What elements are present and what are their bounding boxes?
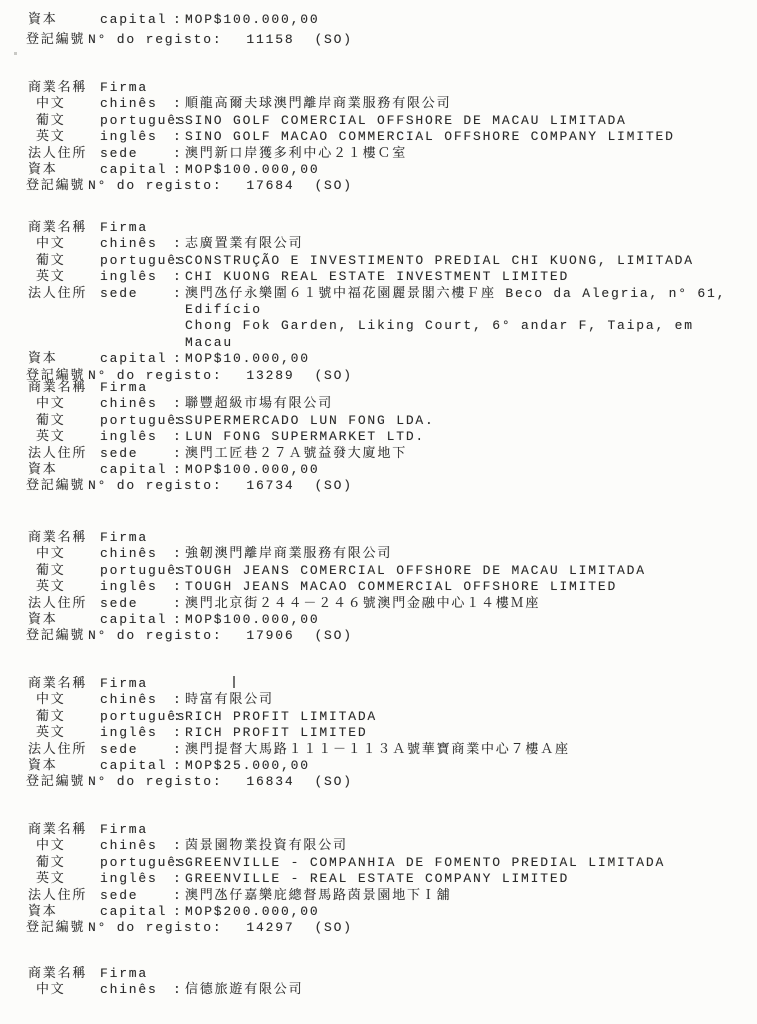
firma-row: 商業名稱 Firma	[0, 80, 757, 96]
business-name-label-zh: 商業名稱	[28, 676, 87, 692]
english-name-row: 英文 inglês : RICH PROFIT LIMITED	[0, 725, 757, 741]
colon-separator: :	[173, 413, 183, 429]
capital-label-pt: capital	[100, 162, 167, 178]
portuguese-label-zh: 葡文	[36, 709, 66, 725]
chinese-label-pt: chinês	[100, 546, 158, 562]
registry-number-row: 登記編號 N° do registo:17684(SO)	[0, 178, 757, 194]
registry-entry: 商業名稱 Firma 中文 chinês : 時富有限公司 葡文 portugu…	[0, 676, 757, 791]
english-name-value: LUN FONG SUPERMARKET LTD.	[185, 429, 751, 445]
registry-number-row: 登記編號 N° do registo:14297(SO)	[0, 920, 757, 936]
address-row: 法人住所 sede : 澳門氹仔嘉樂庇總督馬路茵景園地下Ｉ舖	[0, 888, 757, 904]
registry-document-page: 資本 capital : MOP$100.000,00 登記編號 N° do r…	[0, 0, 757, 1024]
capital-label-pt: capital	[100, 904, 167, 920]
chinese-label-zh: 中文	[36, 96, 66, 112]
chinese-name-value: 茵景園物業投資有限公司	[185, 838, 751, 854]
capital-value: MOP$100.000,00	[185, 462, 751, 478]
business-name-label-zh: 商業名稱	[28, 380, 87, 396]
english-label-zh: 英文	[36, 269, 66, 285]
portuguese-name-row: 葡文 português : CONSTRUÇÃO E INVESTIMENTO…	[0, 253, 757, 269]
colon-separator: :	[173, 725, 183, 741]
colon-separator: :	[173, 429, 183, 445]
registry-number: 11158	[246, 32, 294, 47]
address-row: 法人住所 sede : 澳門提督大馬路１１１－１１３Ａ號華寶商業中心７樓Ａ座	[0, 742, 757, 758]
colon-separator: :	[173, 563, 183, 579]
english-name-row: 英文 inglês : CHI KUONG REAL ESTATE INVEST…	[0, 269, 757, 285]
address-value: 澳門北京街２４４－２４６號澳門金融中心１４樓Ｍ座	[185, 596, 751, 612]
chinese-label-pt: chinês	[100, 236, 158, 252]
english-label-zh: 英文	[36, 129, 66, 145]
capital-label-zh: 資本	[28, 162, 58, 178]
registry-entry: 商業名稱 Firma 中文 chinês : 聯豐超級市場有限公司 葡文 por…	[0, 380, 757, 495]
colon-separator: :	[173, 871, 183, 887]
chinese-label-pt: chinês	[100, 692, 158, 708]
business-name-label-pt: Firma	[100, 966, 148, 982]
registry-number: 17906	[246, 628, 294, 643]
colon-separator: :	[173, 113, 183, 129]
registry-number-row: 登記編號 N° do registo:17906(SO)	[0, 628, 757, 644]
registry-number-line: N° do registo:14297(SO)	[88, 920, 757, 936]
chinese-name-row: 中文 chinês : 志廣置業有限公司	[0, 236, 757, 252]
address-label-zh: 法人住所	[28, 596, 87, 612]
business-name-label-zh: 商業名稱	[28, 966, 87, 982]
registry-number-line: N° do registo:17684(SO)	[88, 178, 757, 194]
colon-separator: :	[173, 888, 183, 904]
registry-number: 17684	[246, 178, 294, 193]
english-label-pt: inglês	[100, 129, 158, 145]
address-label-zh: 法人住所	[28, 146, 87, 162]
address-value: 澳門氹仔嘉樂庇總督馬路茵景園地下Ｉ舖	[185, 888, 751, 904]
colon-separator: :	[173, 709, 183, 725]
registry-suffix: (SO)	[314, 920, 352, 935]
portuguese-name-value: GREENVILLE - COMPANHIA DE FOMENTO PREDIA…	[185, 855, 751, 871]
business-name-label-zh: 商業名稱	[28, 530, 87, 546]
registry-number: 14297	[246, 920, 294, 935]
business-name-label-pt: Firma	[100, 80, 148, 96]
chinese-label-pt: chinês	[100, 396, 158, 412]
portuguese-name-row: 葡文 português : SINO GOLF COMERCIAL OFFSH…	[0, 113, 757, 129]
registry-label-zh: 登記編號	[26, 30, 85, 50]
capital-value: MOP$25.000,00	[185, 758, 751, 774]
portuguese-name-value: SINO GOLF COMERCIAL OFFSHORE DE MACAU LI…	[185, 113, 751, 129]
english-name-value: SINO GOLF MACAO COMMERCIAL OFFSHORE COMP…	[185, 129, 751, 145]
colon-separator: :	[173, 146, 183, 162]
portuguese-name-row: 葡文 português : RICH PROFIT LIMITADA	[0, 709, 757, 725]
capital-row: 資本 capital : MOP$25.000,00	[0, 758, 757, 774]
capital-value: MOP$200.000,00	[185, 904, 751, 920]
chinese-label-pt: chinês	[100, 982, 158, 998]
registry-label-zh: 登記編號	[26, 920, 85, 936]
address-row: 法人住所 sede : 澳門工匠巷２７Ａ號益發大廈地下	[0, 446, 757, 462]
capital-label-pt: capital	[100, 10, 167, 30]
colon-separator: :	[173, 758, 183, 774]
colon-separator: :	[173, 904, 183, 920]
chinese-label-zh: 中文	[36, 838, 66, 854]
registry-number: 16734	[246, 478, 294, 493]
english-name-row: 英文 inglês : GREENVILLE - REAL ESTATE COM…	[0, 871, 757, 887]
english-name-value: RICH PROFIT LIMITED	[185, 725, 751, 741]
chinese-name-value: 順龍高爾夫球澳門離岸商業服務有限公司	[185, 96, 751, 112]
portuguese-label-zh: 葡文	[36, 855, 66, 871]
registry-number-row: 登記編號 N° do registo:16734(SO)	[0, 478, 757, 494]
chinese-name-row: 中文 chinês : 順龍高爾夫球澳門離岸商業服務有限公司	[0, 96, 757, 112]
address-label-zh: 法人住所	[28, 286, 87, 302]
colon-separator: :	[173, 692, 183, 708]
english-name-row: 英文 inglês : LUN FONG SUPERMARKET LTD.	[0, 429, 757, 445]
capital-row: 資本 capital : MOP$100.000,00	[0, 10, 757, 30]
registry-number-line: N° do registo:16834(SO)	[88, 774, 757, 790]
chinese-name-row: 中文 chinês : 強韌澳門離岸商業服務有限公司	[0, 546, 757, 562]
capital-row: 資本 capital : MOP$100.000,00	[0, 612, 757, 628]
colon-separator: :	[173, 446, 183, 462]
registry-number-line: N° do registo:16734(SO)	[88, 478, 757, 494]
scan-artifact-mark	[233, 676, 235, 688]
colon-separator: :	[173, 546, 183, 562]
firma-row: 商業名稱 Firma	[0, 676, 757, 692]
address-label-pt: sede	[100, 888, 138, 904]
portuguese-name-value: TOUGH JEANS COMERCIAL OFFSHORE DE MACAU …	[185, 563, 751, 579]
business-name-label-pt: Firma	[100, 676, 148, 692]
chinese-name-row: 中文 chinês : 聯豐超級市場有限公司	[0, 396, 757, 412]
colon-separator: :	[173, 596, 183, 612]
registry-number: 16834	[246, 774, 294, 789]
chinese-label-pt: chinês	[100, 96, 158, 112]
capital-row: 資本 capital : MOP$100.000,00	[0, 162, 757, 178]
portuguese-name-row: 葡文 português : TOUGH JEANS COMERCIAL OFF…	[0, 563, 757, 579]
english-name-value: GREENVILLE - REAL ESTATE COMPANY LIMITED	[185, 871, 751, 887]
english-name-value: TOUGH JEANS MACAO COMMERCIAL OFFSHORE LI…	[185, 579, 751, 595]
english-label-pt: inglês	[100, 871, 158, 887]
english-label-zh: 英文	[36, 725, 66, 741]
firma-row: 商業名稱 Firma	[0, 380, 757, 396]
portuguese-name-value: CONSTRUÇÃO E INVESTIMENTO PREDIAL CHI KU…	[185, 253, 751, 269]
registry-label-zh: 登記編號	[26, 774, 85, 790]
address-label-pt: sede	[100, 146, 138, 162]
capital-label-zh: 資本	[28, 612, 58, 628]
registry-number-line: N° do registo:17906(SO)	[88, 628, 757, 644]
scan-speck	[14, 52, 17, 55]
business-name-label-zh: 商業名稱	[28, 822, 87, 838]
address-label-pt: sede	[100, 446, 138, 462]
registry-entry: 商業名稱 Firma 中文 chinês : 志廣置業有限公司 葡文 portu…	[0, 220, 757, 384]
chinese-name-row: 中文 chinês : 信德旅遊有限公司	[0, 982, 757, 998]
capital-value: MOP$10.000,00	[185, 351, 751, 367]
colon-separator: :	[173, 742, 183, 758]
registry-entry: 商業名稱 Firma 中文 chinês : 茵景園物業投資有限公司 葡文 po…	[0, 822, 757, 937]
capital-row: 資本 capital : MOP$10.000,00	[0, 351, 757, 367]
firma-row: 商業名稱 Firma	[0, 822, 757, 838]
chinese-label-zh: 中文	[36, 692, 66, 708]
colon-separator: :	[173, 612, 183, 628]
english-name-row: 英文 inglês : SINO GOLF MACAO COMMERCIAL O…	[0, 129, 757, 145]
english-label-pt: inglês	[100, 429, 158, 445]
portuguese-label-zh: 葡文	[36, 413, 66, 429]
english-label-pt: inglês	[100, 725, 158, 741]
address-label-zh: 法人住所	[28, 742, 87, 758]
chinese-label-pt: chinês	[100, 838, 158, 854]
registry-label-pt: N° do registo:	[88, 178, 222, 193]
capital-row: 資本 capital : MOP$100.000,00	[0, 462, 757, 478]
capital-label-pt: capital	[100, 612, 167, 628]
colon-separator: :	[173, 982, 183, 998]
portuguese-name-row: 葡文 português : SUPERMERCADO LUN FONG LDA…	[0, 413, 757, 429]
chinese-name-row: 中文 chinês : 茵景園物業投資有限公司	[0, 838, 757, 854]
capital-label-pt: capital	[100, 462, 167, 478]
colon-separator: :	[173, 462, 183, 478]
chinese-name-value: 強韌澳門離岸商業服務有限公司	[185, 546, 751, 562]
address-row: 法人住所 sede : 澳門北京街２４４－２４６號澳門金融中心１４樓Ｍ座	[0, 596, 757, 612]
portuguese-name-value: SUPERMERCADO LUN FONG LDA.	[185, 413, 751, 429]
english-label-zh: 英文	[36, 579, 66, 595]
address-label-pt: sede	[100, 596, 138, 612]
capital-label-pt: capital	[100, 758, 167, 774]
registry-suffix: (SO)	[314, 32, 352, 47]
colon-separator: :	[173, 351, 183, 367]
chinese-label-zh: 中文	[36, 236, 66, 252]
address-row: 法人住所 sede : 澳門氹仔永樂圍６１號中福花園麗景閣六樓Ｆ座 Beco d…	[0, 286, 757, 352]
chinese-name-value: 時富有限公司	[185, 692, 751, 708]
chinese-label-zh: 中文	[36, 546, 66, 562]
registry-number-line: N° do registo:11158(SO)	[88, 30, 757, 50]
portuguese-label-zh: 葡文	[36, 113, 66, 129]
address-value: 澳門新口岸獲多利中心２１樓Ｃ室	[185, 146, 751, 162]
colon-separator: :	[173, 96, 183, 112]
address-label-zh: 法人住所	[28, 888, 87, 904]
registry-entry-partial-top: 資本 capital : MOP$100.000,00 登記編號 N° do r…	[0, 10, 757, 49]
address-row: 法人住所 sede : 澳門新口岸獲多利中心２１樓Ｃ室	[0, 146, 757, 162]
registry-label-pt: N° do registo:	[88, 32, 222, 47]
registry-label-pt: N° do registo:	[88, 774, 222, 789]
portuguese-label-zh: 葡文	[36, 253, 66, 269]
registry-label-pt: N° do registo:	[88, 920, 222, 935]
capital-value: MOP$100.000,00	[185, 612, 751, 628]
business-name-label-pt: Firma	[100, 822, 148, 838]
capital-value: MOP$100.000,00	[185, 10, 751, 30]
chinese-name-value: 聯豐超級市場有限公司	[185, 396, 751, 412]
registry-label-pt: N° do registo:	[88, 478, 222, 493]
english-name-value: CHI KUONG REAL ESTATE INVESTMENT LIMITED	[185, 269, 751, 285]
portuguese-name-row: 葡文 português : GREENVILLE - COMPANHIA DE…	[0, 855, 757, 871]
colon-separator: :	[173, 129, 183, 145]
registry-entry: 商業名稱 Firma 中文 chinês : 強韌澳門離岸商業服務有限公司 葡文…	[0, 530, 757, 645]
address-value: 澳門工匠巷２７Ａ號益發大廈地下	[185, 446, 751, 462]
english-label-pt: inglês	[100, 579, 158, 595]
firma-row: 商業名稱 Firma	[0, 966, 757, 982]
portuguese-name-value: RICH PROFIT LIMITADA	[185, 709, 751, 725]
business-name-label-pt: Firma	[100, 530, 148, 546]
address-label-pt: sede	[100, 286, 138, 302]
firma-row: 商業名稱 Firma	[0, 530, 757, 546]
capital-label-zh: 資本	[28, 904, 58, 920]
chinese-label-zh: 中文	[36, 982, 66, 998]
registry-suffix: (SO)	[314, 478, 352, 493]
registry-suffix: (SO)	[314, 178, 352, 193]
registry-number-row: 登記編號 N° do registo:16834(SO)	[0, 774, 757, 790]
business-name-label-zh: 商業名稱	[28, 220, 87, 236]
capital-label-zh: 資本	[28, 10, 58, 30]
english-label-zh: 英文	[36, 871, 66, 887]
colon-separator: :	[173, 838, 183, 854]
registry-suffix: (SO)	[314, 774, 352, 789]
registry-label-zh: 登記編號	[26, 478, 85, 494]
colon-separator: :	[173, 396, 183, 412]
chinese-label-zh: 中文	[36, 396, 66, 412]
colon-separator: :	[173, 855, 183, 871]
english-name-row: 英文 inglês : TOUGH JEANS MACAO COMMERCIAL…	[0, 579, 757, 595]
capital-label-zh: 資本	[28, 758, 58, 774]
portuguese-label-zh: 葡文	[36, 563, 66, 579]
business-name-label-pt: Firma	[100, 220, 148, 236]
firma-row: 商業名稱 Firma	[0, 220, 757, 236]
registry-number-row: 登記編號 N° do registo:11158(SO)	[0, 30, 757, 50]
address-value: 澳門提督大馬路１１１－１１３Ａ號華寶商業中心７樓Ａ座	[185, 742, 751, 758]
capital-value: MOP$100.000,00	[185, 162, 751, 178]
registry-label-zh: 登記編號	[26, 178, 85, 194]
chinese-name-value: 志廣置業有限公司	[185, 236, 751, 252]
colon-separator: :	[173, 236, 183, 252]
capital-row: 資本 capital : MOP$200.000,00	[0, 904, 757, 920]
capital-label-zh: 資本	[28, 462, 58, 478]
colon-separator: :	[173, 286, 183, 302]
english-label-pt: inglês	[100, 269, 158, 285]
colon-separator: :	[173, 269, 183, 285]
registry-label-zh: 登記編號	[26, 628, 85, 644]
colon-separator: :	[173, 253, 183, 269]
capital-label-pt: capital	[100, 351, 167, 367]
colon-separator: :	[173, 162, 183, 178]
registry-suffix: (SO)	[314, 628, 352, 643]
registry-entry: 商業名稱 Firma 中文 chinês : 順龍高爾夫球澳門離岸商業服務有限公…	[0, 80, 757, 195]
chinese-name-row: 中文 chinês : 時富有限公司	[0, 692, 757, 708]
address-label-pt: sede	[100, 742, 138, 758]
registry-entry-partial-bottom: 商業名稱 Firma 中文 chinês : 信德旅遊有限公司	[0, 966, 757, 999]
colon-separator: :	[173, 10, 183, 30]
business-name-label-pt: Firma	[100, 380, 148, 396]
colon-separator: :	[173, 579, 183, 595]
capital-label-zh: 資本	[28, 351, 58, 367]
business-name-label-zh: 商業名稱	[28, 80, 87, 96]
chinese-name-value: 信德旅遊有限公司	[185, 982, 751, 998]
address-value: 澳門氹仔永樂圍６１號中福花園麗景閣六樓Ｆ座 Beco da Alegria, n…	[185, 286, 751, 352]
english-label-zh: 英文	[36, 429, 66, 445]
address-label-zh: 法人住所	[28, 446, 87, 462]
registry-label-pt: N° do registo:	[88, 628, 222, 643]
